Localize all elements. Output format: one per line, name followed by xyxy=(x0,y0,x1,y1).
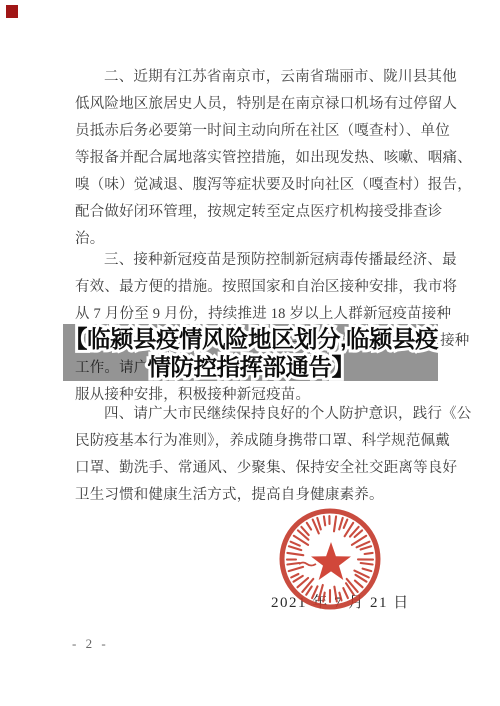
text-line: 口罩、勤洗手、常通风、少聚集、保持安全社交距离等良好 xyxy=(75,455,465,482)
page-number: - 2 - xyxy=(72,636,109,652)
star-icon xyxy=(311,542,351,580)
red-corner-marker xyxy=(6,5,18,18)
text-line: 三、接种新冠疫苗是预防控制新冠病毒传播最经济、最 xyxy=(75,247,465,274)
text-line: 有效、最方便的措施。按照国家和自治区接种安排，我市将 xyxy=(75,274,465,301)
text-line: 二、近期有江苏省南京市，云南省瑞丽市、陇川县其他 xyxy=(75,64,465,91)
text-line: 四、请广大市民继续保持良好的个人防护意识，践行《公 xyxy=(75,401,465,428)
headline-overlay: 【临颍县疫情风险地区划分,临颍县疫 情防控指挥部通告】 【临颍县疫情风险地区划分… xyxy=(55,325,447,383)
paragraph-2: 二、近期有江苏省南京市，云南省瑞丽市、陇川县其他 低风险地区旅居史人员，特别是在… xyxy=(75,64,465,253)
text-line: 嗅（味）觉减退、腹泻等症状要及时向社区（嘎查村）报告， xyxy=(75,172,465,199)
document-page: 二、近期有江苏省南京市，云南省瑞丽市、陇川县其他 低风险地区旅居史人员，特别是在… xyxy=(0,0,500,706)
seal-script-mark xyxy=(299,563,316,566)
headline-text: 【临颍县疫情风险地区划分,临颍县疫 情防控指挥部通告】 xyxy=(55,325,447,381)
text-line: 等报备并配合属地落实管控措施，如出现发热、咳嗽、咽痛、 xyxy=(75,145,465,172)
text-line: 低风险地区旅居史人员，特别是在南京禄口机场有过停留人 xyxy=(75,91,465,118)
text-line: 卫生习惯和健康生活方式，提高自身健康素养。 xyxy=(75,482,465,509)
text-line: 民防疫基本行为准则》，养成随身携带口罩、科学规范佩戴 xyxy=(75,428,465,455)
text-line: 员抵赤后务必要第一时间主动向所在社区（嘎查村）、单位 xyxy=(75,118,465,145)
text-line: 配合做好闭环管理，按规定转至定点医疗机构接受排查诊 xyxy=(75,199,465,226)
paragraph-4: 四、请广大市民继续保持良好的个人防护意识，践行《公 民防疫基本行为准则》，养成随… xyxy=(75,401,465,509)
official-seal xyxy=(277,506,383,612)
